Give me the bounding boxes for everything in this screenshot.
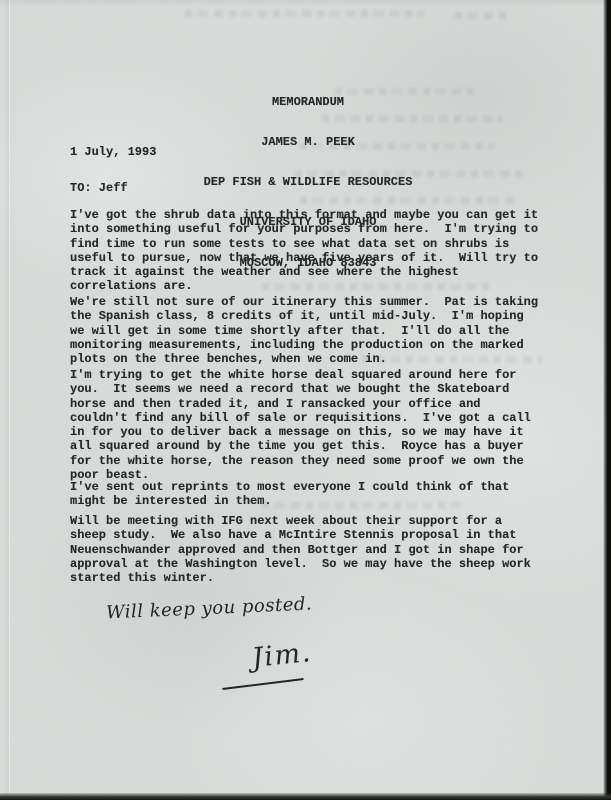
signature-underline [222, 678, 304, 690]
page-fold-line [9, 0, 10, 800]
memo-date: 1 July, 1993 [70, 145, 156, 159]
memo-paragraph-4: I've sent out reprints to most everyone … [70, 480, 509, 509]
scan-edge-bottom [0, 793, 611, 800]
scan-edge-right [603, 0, 611, 800]
memo-recipient: TO: Jeff [70, 181, 128, 195]
scanned-memo-page: MEMORANDUM JAMES M. PEEK DEP FISH & WILD… [0, 0, 611, 800]
handwritten-note: Will keep you posted. [106, 594, 313, 624]
memo-paragraph-1: I've got the shrub data into this format… [70, 208, 538, 294]
memo-paragraph-3: I'm trying to get the white horse deal s… [70, 368, 531, 482]
memo-title: MEMORANDUM [70, 96, 546, 109]
bleedthrough-mark [185, 10, 425, 17]
memo-paragraph-2: We're still not sure of our itinerary th… [70, 295, 538, 366]
memo-paragraph-5: Will be meeting with IFG next week about… [70, 514, 531, 585]
bleedthrough-mark [455, 12, 510, 19]
signature: Jim. [251, 637, 314, 674]
memo-department: DEP FISH & WILDLIFE RESOURCES [70, 176, 546, 189]
